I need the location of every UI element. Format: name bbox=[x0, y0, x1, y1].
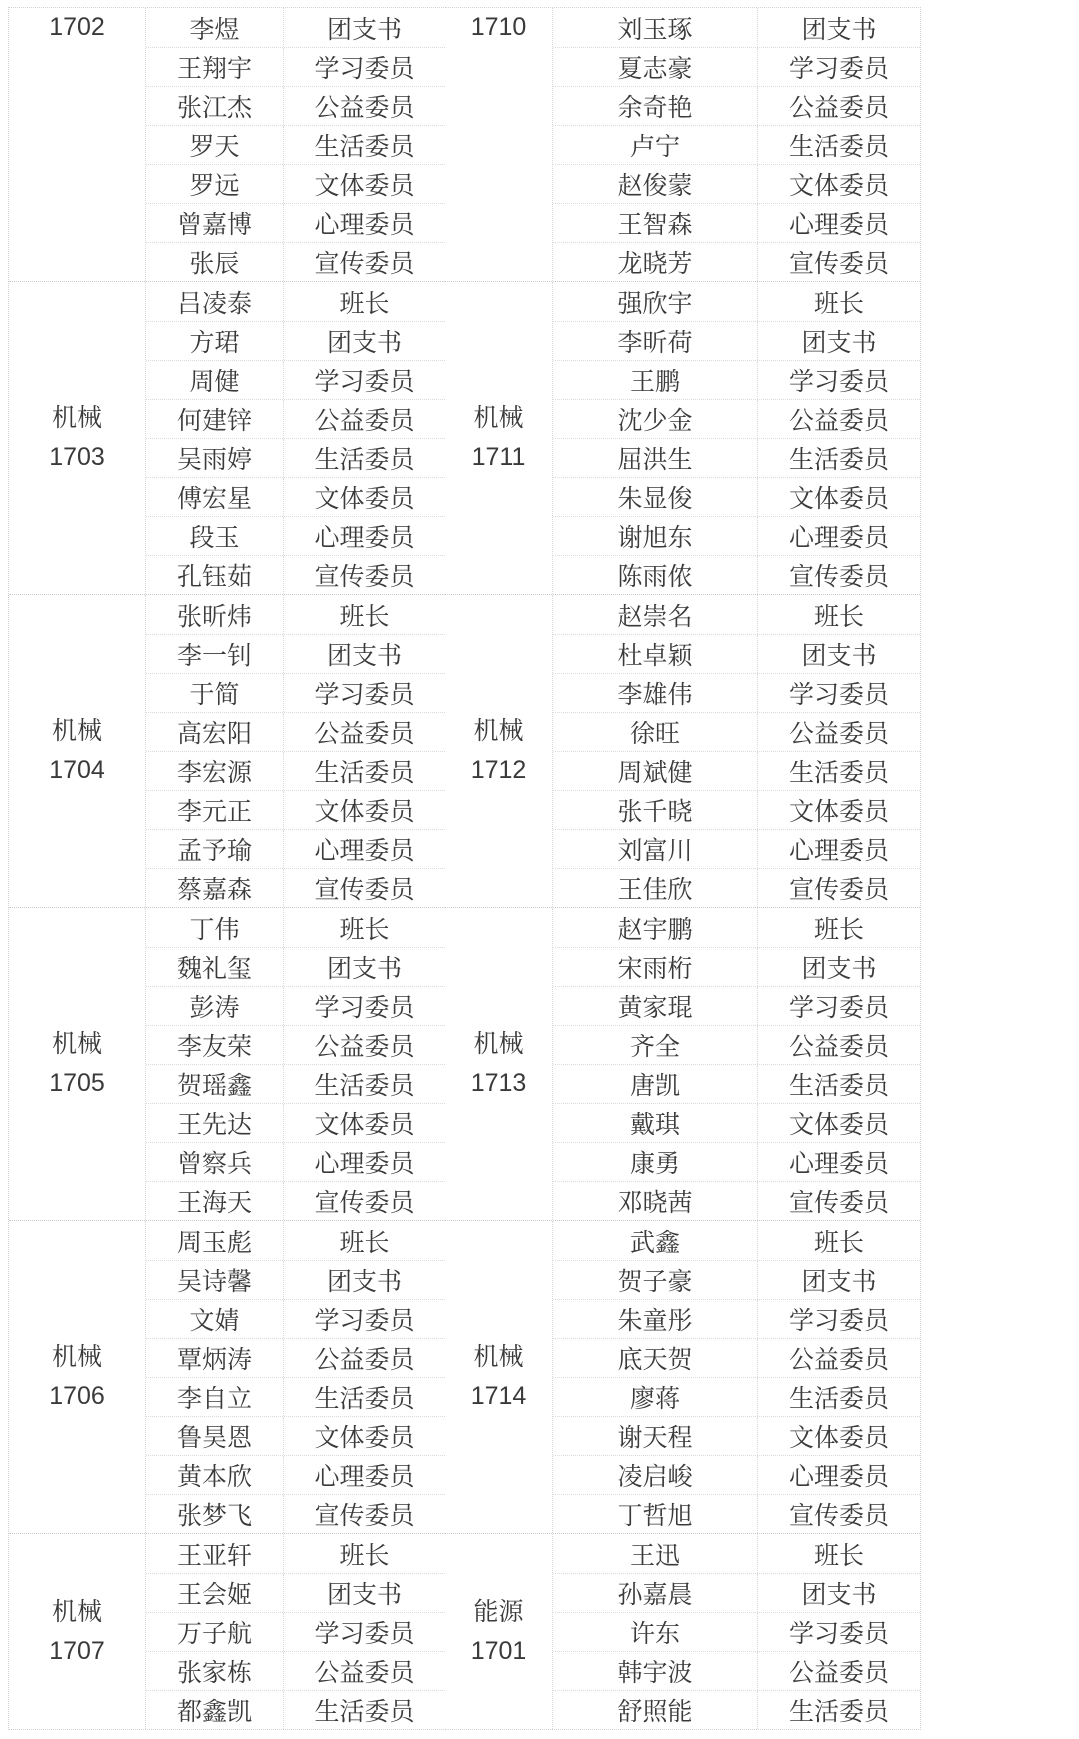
member-row: 谢旭东心理委员 bbox=[553, 516, 920, 555]
member-name-cell: 段玉 bbox=[146, 517, 284, 555]
member-role-cell: 文体委员 bbox=[284, 1104, 445, 1142]
member-role-cell: 学习委员 bbox=[758, 48, 920, 86]
member-row: 贺瑶鑫生活委员 bbox=[146, 1064, 445, 1103]
member-row: 罗远文体委员 bbox=[146, 164, 445, 203]
member-role-cell: 团支书 bbox=[758, 948, 920, 986]
member-name-cell: 张辰 bbox=[146, 243, 284, 281]
member-role-cell: 学习委员 bbox=[284, 361, 445, 399]
member-row: 段玉心理委员 bbox=[146, 516, 445, 555]
member-role-cell: 公益委员 bbox=[284, 713, 445, 751]
member-row: 廖蒋生活委员 bbox=[553, 1377, 920, 1416]
member-role-cell: 学习委员 bbox=[758, 1613, 920, 1651]
member-role-cell: 公益委员 bbox=[284, 400, 445, 438]
member-row: 张昕炜班长 bbox=[146, 595, 445, 634]
member-role-cell: 班长 bbox=[758, 1534, 920, 1573]
member-row: 卢宁生活委员 bbox=[553, 125, 920, 164]
member-row: 何建锌公益委员 bbox=[146, 399, 445, 438]
class-group-1710: 1710刘玉琢团支书夏志豪学习委员余奇艳公益委员卢宁生活委员赵俊蒙文体委员王智森… bbox=[445, 8, 920, 282]
member-name-cell: 吴诗馨 bbox=[146, 1261, 284, 1299]
member-name-cell: 唐凯 bbox=[553, 1065, 758, 1103]
member-role-cell: 宣传委员 bbox=[284, 1495, 445, 1533]
member-role-cell: 学习委员 bbox=[284, 674, 445, 712]
class-label-line: 1714 bbox=[471, 1377, 527, 1416]
member-name-cell: 陈雨侬 bbox=[553, 556, 758, 594]
class-label-line: 1706 bbox=[49, 1377, 105, 1416]
member-row: 李一钊团支书 bbox=[146, 634, 445, 673]
class-label-line: 1703 bbox=[49, 438, 105, 477]
member-role-cell: 心理委员 bbox=[758, 517, 920, 555]
member-role-cell: 文体委员 bbox=[284, 478, 445, 516]
member-role-cell: 心理委员 bbox=[284, 204, 445, 242]
member-role-cell: 班长 bbox=[758, 595, 920, 634]
member-row: 底天贺公益委员 bbox=[553, 1338, 920, 1377]
member-role-cell: 心理委员 bbox=[758, 830, 920, 868]
member-row: 黄家琨学习委员 bbox=[553, 986, 920, 1025]
member-row: 周斌健生活委员 bbox=[553, 751, 920, 790]
member-name-cell: 何建锌 bbox=[146, 400, 284, 438]
member-name-cell: 贺子豪 bbox=[553, 1261, 758, 1299]
class-group-1701: 能源1701王迅班长孙嘉晨团支书许东学习委员韩宇波公益委员舒照能生活委员 bbox=[445, 1534, 920, 1729]
member-role-cell: 生活委员 bbox=[758, 439, 920, 477]
class-id-cell: 机械1706 bbox=[9, 1221, 146, 1533]
member-name-cell: 底天贺 bbox=[553, 1339, 758, 1377]
member-row: 王智森心理委员 bbox=[553, 203, 920, 242]
member-role-cell: 班长 bbox=[284, 1221, 445, 1260]
class-label-line: 1704 bbox=[49, 751, 105, 790]
class-label-line: 1702 bbox=[49, 8, 105, 47]
member-role-cell: 宣传委员 bbox=[284, 243, 445, 281]
class-id-cell: 机械1704 bbox=[9, 595, 146, 907]
member-name-cell: 赵宇鹏 bbox=[553, 908, 758, 947]
member-name-cell: 李友荣 bbox=[146, 1026, 284, 1064]
member-role-cell: 公益委员 bbox=[758, 1339, 920, 1377]
member-role-cell: 公益委员 bbox=[284, 1652, 445, 1690]
member-row: 赵崇名班长 bbox=[553, 595, 920, 634]
class-label-line: 1712 bbox=[471, 751, 527, 790]
member-name-cell: 戴琪 bbox=[553, 1104, 758, 1142]
class-id-cell: 机械1714 bbox=[445, 1221, 553, 1533]
member-row: 宋雨桁团支书 bbox=[553, 947, 920, 986]
member-name-cell: 万子航 bbox=[146, 1613, 284, 1651]
member-role-cell: 团支书 bbox=[284, 635, 445, 673]
member-row: 李昕荷团支书 bbox=[553, 321, 920, 360]
class-label-line: 机械 bbox=[473, 399, 523, 438]
member-role-cell: 学习委员 bbox=[284, 987, 445, 1025]
member-name-cell: 李元正 bbox=[146, 791, 284, 829]
member-row: 傅宏星文体委员 bbox=[146, 477, 445, 516]
member-name-cell: 齐全 bbox=[553, 1026, 758, 1064]
member-row: 武鑫班长 bbox=[553, 1221, 920, 1260]
member-role-cell: 心理委员 bbox=[284, 1456, 445, 1494]
member-name-cell: 王智森 bbox=[553, 204, 758, 242]
member-row: 都鑫凯生活委员 bbox=[146, 1690, 445, 1729]
member-role-cell: 文体委员 bbox=[758, 791, 920, 829]
member-row: 夏志豪学习委员 bbox=[553, 47, 920, 86]
member-row: 王亚轩班长 bbox=[146, 1534, 445, 1573]
member-row: 李雄伟学习委员 bbox=[553, 673, 920, 712]
member-row: 孙嘉晨团支书 bbox=[553, 1573, 920, 1612]
member-role-cell: 宣传委员 bbox=[758, 556, 920, 594]
member-row: 张千晓文体委员 bbox=[553, 790, 920, 829]
member-row: 王先达文体委员 bbox=[146, 1103, 445, 1142]
member-name-cell: 张梦飞 bbox=[146, 1495, 284, 1533]
member-role-cell: 心理委员 bbox=[758, 1456, 920, 1494]
member-row: 王海天宣传委员 bbox=[146, 1181, 445, 1220]
member-rows: 张昕炜班长李一钊团支书于简学习委员高宏阳公益委员李宏源生活委员李元正文体委员孟予… bbox=[146, 595, 445, 907]
member-name-cell: 李雄伟 bbox=[553, 674, 758, 712]
member-name-cell: 朱显俊 bbox=[553, 478, 758, 516]
class-id-cell: 机械1705 bbox=[9, 908, 146, 1220]
member-row: 周健学习委员 bbox=[146, 360, 445, 399]
member-name-cell: 丁伟 bbox=[146, 908, 284, 947]
member-role-cell: 学习委员 bbox=[284, 1300, 445, 1338]
member-role-cell: 学习委员 bbox=[284, 48, 445, 86]
member-row: 邓晓茜宣传委员 bbox=[553, 1181, 920, 1220]
class-id-cell: 机械1707 bbox=[9, 1534, 146, 1729]
member-role-cell: 生活委员 bbox=[284, 1065, 445, 1103]
member-name-cell: 黄家琨 bbox=[553, 987, 758, 1025]
member-row: 丁哲旭宣传委员 bbox=[553, 1494, 920, 1533]
member-rows: 刘玉琢团支书夏志豪学习委员余奇艳公益委员卢宁生活委员赵俊蒙文体委员王智森心理委员… bbox=[553, 8, 920, 281]
member-role-cell: 文体委员 bbox=[758, 478, 920, 516]
member-role-cell: 班长 bbox=[284, 595, 445, 634]
member-name-cell: 吕凌泰 bbox=[146, 282, 284, 321]
class-group-1714: 机械1714武鑫班长贺子豪团支书朱童彤学习委员底天贺公益委员廖蒋生活委员谢天程文… bbox=[445, 1221, 920, 1534]
member-row: 陈雨侬宣传委员 bbox=[553, 555, 920, 594]
member-row: 吴雨婷生活委员 bbox=[146, 438, 445, 477]
class-id-cell: 机械1703 bbox=[9, 282, 146, 594]
member-row: 张江杰公益委员 bbox=[146, 86, 445, 125]
class-label-line: 机械 bbox=[52, 712, 102, 751]
member-role-cell: 生活委员 bbox=[758, 1065, 920, 1103]
member-name-cell: 王鹏 bbox=[553, 361, 758, 399]
class-group-1704: 机械1704张昕炜班长李一钊团支书于简学习委员高宏阳公益委员李宏源生活委员李元正… bbox=[9, 595, 445, 908]
member-rows: 吕凌泰班长方珺团支书周健学习委员何建锌公益委员吴雨婷生活委员傅宏星文体委员段玉心… bbox=[146, 282, 445, 594]
class-group-1707: 机械1707王亚轩班长王会姬团支书万子航学习委员张家栋公益委员都鑫凯生活委员 bbox=[9, 1534, 445, 1729]
member-name-cell: 凌启峻 bbox=[553, 1456, 758, 1494]
member-row: 曾嘉博心理委员 bbox=[146, 203, 445, 242]
member-name-cell: 余奇艳 bbox=[553, 87, 758, 125]
member-row: 谢天程文体委员 bbox=[553, 1416, 920, 1455]
member-role-cell: 公益委员 bbox=[758, 87, 920, 125]
member-row: 李煜团支书 bbox=[146, 8, 445, 47]
member-name-cell: 李宏源 bbox=[146, 752, 284, 790]
member-name-cell: 蔡嘉森 bbox=[146, 869, 284, 907]
member-role-cell: 班长 bbox=[758, 1221, 920, 1260]
member-row: 彭涛学习委员 bbox=[146, 986, 445, 1025]
member-role-cell: 团支书 bbox=[284, 1261, 445, 1299]
member-row: 杜卓颖团支书 bbox=[553, 634, 920, 673]
member-name-cell: 李一钊 bbox=[146, 635, 284, 673]
member-role-cell: 心理委员 bbox=[284, 1143, 445, 1181]
member-row: 强欣宇班长 bbox=[553, 282, 920, 321]
member-role-cell: 文体委员 bbox=[284, 1417, 445, 1455]
class-id-cell: 1710 bbox=[445, 8, 553, 281]
member-name-cell: 张千晓 bbox=[553, 791, 758, 829]
member-row: 王佳欣宣传委员 bbox=[553, 868, 920, 907]
member-role-cell: 文体委员 bbox=[758, 165, 920, 203]
member-row: 高宏阳公益委员 bbox=[146, 712, 445, 751]
member-rows: 周玉彪班长吴诗馨团支书文婧学习委员覃炳涛公益委员李自立生活委员鲁昊恩文体委员黄本… bbox=[146, 1221, 445, 1533]
member-name-cell: 张昕炜 bbox=[146, 595, 284, 634]
class-label-line: 机械 bbox=[473, 712, 523, 751]
member-row: 李宏源生活委员 bbox=[146, 751, 445, 790]
member-row: 许东学习委员 bbox=[553, 1612, 920, 1651]
member-role-cell: 班长 bbox=[284, 282, 445, 321]
class-label-line: 1710 bbox=[471, 8, 527, 47]
class-id-cell: 1702 bbox=[9, 8, 146, 281]
member-row: 沈少金公益委员 bbox=[553, 399, 920, 438]
member-role-cell: 团支书 bbox=[758, 322, 920, 360]
member-rows: 强欣宇班长李昕荷团支书王鹏学习委员沈少金公益委员屈洪生生活委员朱显俊文体委员谢旭… bbox=[553, 282, 920, 594]
member-role-cell: 心理委员 bbox=[758, 1143, 920, 1181]
class-id-cell: 机械1713 bbox=[445, 908, 553, 1220]
member-role-cell: 宣传委员 bbox=[758, 243, 920, 281]
member-name-cell: 罗天 bbox=[146, 126, 284, 164]
member-role-cell: 公益委员 bbox=[758, 713, 920, 751]
member-name-cell: 刘富川 bbox=[553, 830, 758, 868]
member-row: 于简学习委员 bbox=[146, 673, 445, 712]
member-row: 孟予瑜心理委员 bbox=[146, 829, 445, 868]
member-row: 张辰宣传委员 bbox=[146, 242, 445, 281]
member-row: 张梦飞宣传委员 bbox=[146, 1494, 445, 1533]
member-role-cell: 心理委员 bbox=[284, 830, 445, 868]
member-name-cell: 傅宏星 bbox=[146, 478, 284, 516]
class-label-line: 能源 bbox=[473, 1593, 523, 1632]
member-name-cell: 周玉彪 bbox=[146, 1221, 284, 1260]
class-group-1705: 机械1705丁伟班长魏礼玺团支书彭涛学习委员李友荣公益委员贺瑶鑫生活委员王先达文… bbox=[9, 908, 445, 1221]
member-role-cell: 学习委员 bbox=[284, 1613, 445, 1651]
member-row: 凌启峻心理委员 bbox=[553, 1455, 920, 1494]
member-name-cell: 曾察兵 bbox=[146, 1143, 284, 1181]
roster-table-left: 1702李煜团支书王翔宇学习委员张江杰公益委员罗天生活委员罗远文体委员曾嘉博心理… bbox=[8, 7, 446, 1730]
member-role-cell: 学习委员 bbox=[758, 987, 920, 1025]
member-name-cell: 康勇 bbox=[553, 1143, 758, 1181]
member-row: 李元正文体委员 bbox=[146, 790, 445, 829]
member-name-cell: 覃炳涛 bbox=[146, 1339, 284, 1377]
member-role-cell: 宣传委员 bbox=[284, 869, 445, 907]
member-row: 丁伟班长 bbox=[146, 908, 445, 947]
member-name-cell: 武鑫 bbox=[553, 1221, 758, 1260]
member-name-cell: 吴雨婷 bbox=[146, 439, 284, 477]
member-name-cell: 张家栋 bbox=[146, 1652, 284, 1690]
member-name-cell: 沈少金 bbox=[553, 400, 758, 438]
roster-table-right: 1710刘玉琢团支书夏志豪学习委员余奇艳公益委员卢宁生活委员赵俊蒙文体委员王智森… bbox=[445, 7, 921, 1730]
member-name-cell: 夏志豪 bbox=[553, 48, 758, 86]
member-role-cell: 团支书 bbox=[758, 635, 920, 673]
member-role-cell: 宣传委员 bbox=[758, 1495, 920, 1533]
member-row: 李自立生活委员 bbox=[146, 1377, 445, 1416]
member-name-cell: 王会姬 bbox=[146, 1574, 284, 1612]
member-role-cell: 公益委员 bbox=[284, 1339, 445, 1377]
member-role-cell: 公益委员 bbox=[758, 400, 920, 438]
member-name-cell: 文婧 bbox=[146, 1300, 284, 1338]
class-group-1703: 机械1703吕凌泰班长方珺团支书周健学习委员何建锌公益委员吴雨婷生活委员傅宏星文… bbox=[9, 282, 445, 595]
member-name-cell: 廖蒋 bbox=[553, 1378, 758, 1416]
member-name-cell: 贺瑶鑫 bbox=[146, 1065, 284, 1103]
class-label-line: 1713 bbox=[471, 1064, 527, 1103]
member-name-cell: 孙嘉晨 bbox=[553, 1574, 758, 1612]
member-rows: 赵崇名班长杜卓颖团支书李雄伟学习委员徐旺公益委员周斌健生活委员张千晓文体委员刘富… bbox=[553, 595, 920, 907]
class-label-line: 1705 bbox=[49, 1064, 105, 1103]
member-name-cell: 罗远 bbox=[146, 165, 284, 203]
member-name-cell: 都鑫凯 bbox=[146, 1691, 284, 1729]
member-name-cell: 强欣宇 bbox=[553, 282, 758, 321]
member-name-cell: 卢宁 bbox=[553, 126, 758, 164]
member-name-cell: 李自立 bbox=[146, 1378, 284, 1416]
member-role-cell: 心理委员 bbox=[284, 517, 445, 555]
member-role-cell: 心理委员 bbox=[758, 204, 920, 242]
member-name-cell: 舒照能 bbox=[553, 1691, 758, 1729]
member-name-cell: 王亚轩 bbox=[146, 1534, 284, 1573]
member-name-cell: 王迅 bbox=[553, 1534, 758, 1573]
member-row: 蔡嘉森宣传委员 bbox=[146, 868, 445, 907]
member-row: 黄本欣心理委员 bbox=[146, 1455, 445, 1494]
class-label-line: 1701 bbox=[471, 1632, 527, 1671]
member-role-cell: 团支书 bbox=[284, 8, 445, 47]
member-row: 龙晓芳宣传委员 bbox=[553, 242, 920, 281]
member-row: 周玉彪班长 bbox=[146, 1221, 445, 1260]
member-row: 赵宇鹏班长 bbox=[553, 908, 920, 947]
member-row: 赵俊蒙文体委员 bbox=[553, 164, 920, 203]
member-row: 方珺团支书 bbox=[146, 321, 445, 360]
member-name-cell: 刘玉琢 bbox=[553, 8, 758, 47]
member-role-cell: 学习委员 bbox=[758, 674, 920, 712]
member-role-cell: 宣传委员 bbox=[284, 556, 445, 594]
member-row: 刘玉琢团支书 bbox=[553, 8, 920, 47]
member-rows: 王迅班长孙嘉晨团支书许东学习委员韩宇波公益委员舒照能生活委员 bbox=[553, 1534, 920, 1729]
class-label-line: 机械 bbox=[473, 1025, 523, 1064]
member-rows: 丁伟班长魏礼玺团支书彭涛学习委员李友荣公益委员贺瑶鑫生活委员王先达文体委员曾察兵… bbox=[146, 908, 445, 1220]
member-name-cell: 李煜 bbox=[146, 8, 284, 47]
class-group-1702: 1702李煜团支书王翔宇学习委员张江杰公益委员罗天生活委员罗远文体委员曾嘉博心理… bbox=[9, 8, 445, 282]
member-name-cell: 丁哲旭 bbox=[553, 1495, 758, 1533]
member-row: 孔钰茹宣传委员 bbox=[146, 555, 445, 594]
member-name-cell: 周健 bbox=[146, 361, 284, 399]
member-role-cell: 生活委员 bbox=[758, 1691, 920, 1729]
member-role-cell: 生活委员 bbox=[758, 1378, 920, 1416]
member-row: 齐全公益委员 bbox=[553, 1025, 920, 1064]
member-row: 贺子豪团支书 bbox=[553, 1260, 920, 1299]
member-name-cell: 孔钰茹 bbox=[146, 556, 284, 594]
member-name-cell: 高宏阳 bbox=[146, 713, 284, 751]
member-role-cell: 生活委员 bbox=[284, 439, 445, 477]
member-name-cell: 魏礼玺 bbox=[146, 948, 284, 986]
member-role-cell: 公益委员 bbox=[758, 1652, 920, 1690]
member-row: 吕凌泰班长 bbox=[146, 282, 445, 321]
member-name-cell: 王海天 bbox=[146, 1182, 284, 1220]
member-row: 王翔宇学习委员 bbox=[146, 47, 445, 86]
member-name-cell: 屈洪生 bbox=[553, 439, 758, 477]
member-name-cell: 许东 bbox=[553, 1613, 758, 1651]
member-row: 屈洪生生活委员 bbox=[553, 438, 920, 477]
member-name-cell: 张江杰 bbox=[146, 87, 284, 125]
member-row: 唐凯生活委员 bbox=[553, 1064, 920, 1103]
member-name-cell: 周斌健 bbox=[553, 752, 758, 790]
member-name-cell: 谢天程 bbox=[553, 1417, 758, 1455]
member-row: 刘富川心理委员 bbox=[553, 829, 920, 868]
member-row: 李友荣公益委员 bbox=[146, 1025, 445, 1064]
member-role-cell: 宣传委员 bbox=[284, 1182, 445, 1220]
class-label-line: 1711 bbox=[472, 438, 526, 477]
member-name-cell: 王佳欣 bbox=[553, 869, 758, 907]
member-role-cell: 学习委员 bbox=[758, 1300, 920, 1338]
member-role-cell: 团支书 bbox=[284, 948, 445, 986]
member-name-cell: 王先达 bbox=[146, 1104, 284, 1142]
member-row: 戴琪文体委员 bbox=[553, 1103, 920, 1142]
member-rows: 武鑫班长贺子豪团支书朱童彤学习委员底天贺公益委员廖蒋生活委员谢天程文体委员凌启峻… bbox=[553, 1221, 920, 1533]
member-row: 张家栋公益委员 bbox=[146, 1651, 445, 1690]
member-rows: 王亚轩班长王会姬团支书万子航学习委员张家栋公益委员都鑫凯生活委员 bbox=[146, 1534, 445, 1729]
member-role-cell: 生活委员 bbox=[284, 1691, 445, 1729]
member-role-cell: 公益委员 bbox=[284, 1026, 445, 1064]
member-row: 余奇艳公益委员 bbox=[553, 86, 920, 125]
member-name-cell: 方珺 bbox=[146, 322, 284, 360]
member-role-cell: 公益委员 bbox=[758, 1026, 920, 1064]
member-name-cell: 彭涛 bbox=[146, 987, 284, 1025]
class-label-line: 机械 bbox=[52, 399, 102, 438]
member-row: 罗天生活委员 bbox=[146, 125, 445, 164]
member-name-cell: 徐旺 bbox=[553, 713, 758, 751]
member-rows: 赵宇鹏班长宋雨桁团支书黄家琨学习委员齐全公益委员唐凯生活委员戴琪文体委员康勇心理… bbox=[553, 908, 920, 1220]
member-role-cell: 文体委员 bbox=[758, 1417, 920, 1455]
member-role-cell: 宣传委员 bbox=[758, 1182, 920, 1220]
member-name-cell: 李昕荷 bbox=[553, 322, 758, 360]
member-role-cell: 团支书 bbox=[284, 1574, 445, 1612]
member-role-cell: 文体委员 bbox=[758, 1104, 920, 1142]
member-row: 吴诗馨团支书 bbox=[146, 1260, 445, 1299]
member-role-cell: 文体委员 bbox=[284, 791, 445, 829]
member-name-cell: 曾嘉博 bbox=[146, 204, 284, 242]
member-row: 王会姬团支书 bbox=[146, 1573, 445, 1612]
class-label-line: 机械 bbox=[52, 1593, 102, 1632]
member-name-cell: 于简 bbox=[146, 674, 284, 712]
member-row: 覃炳涛公益委员 bbox=[146, 1338, 445, 1377]
member-rows: 李煜团支书王翔宇学习委员张江杰公益委员罗天生活委员罗远文体委员曾嘉博心理委员张辰… bbox=[146, 8, 445, 281]
member-role-cell: 学习委员 bbox=[758, 361, 920, 399]
member-row: 朱显俊文体委员 bbox=[553, 477, 920, 516]
class-id-cell: 能源1701 bbox=[445, 1534, 553, 1729]
class-label-line: 机械 bbox=[52, 1338, 102, 1377]
member-name-cell: 杜卓颖 bbox=[553, 635, 758, 673]
member-role-cell: 团支书 bbox=[284, 322, 445, 360]
member-role-cell: 团支书 bbox=[758, 8, 920, 47]
member-name-cell: 龙晓芳 bbox=[553, 243, 758, 281]
member-role-cell: 团支书 bbox=[758, 1261, 920, 1299]
member-role-cell: 班长 bbox=[758, 908, 920, 947]
member-row: 万子航学习委员 bbox=[146, 1612, 445, 1651]
member-name-cell: 谢旭东 bbox=[553, 517, 758, 555]
member-name-cell: 王翔宇 bbox=[146, 48, 284, 86]
member-row: 徐旺公益委员 bbox=[553, 712, 920, 751]
member-name-cell: 孟予瑜 bbox=[146, 830, 284, 868]
member-role-cell: 宣传委员 bbox=[758, 869, 920, 907]
member-role-cell: 公益委员 bbox=[284, 87, 445, 125]
member-name-cell: 宋雨桁 bbox=[553, 948, 758, 986]
class-label-line: 机械 bbox=[52, 1025, 102, 1064]
member-row: 曾察兵心理委员 bbox=[146, 1142, 445, 1181]
member-role-cell: 生活委员 bbox=[284, 126, 445, 164]
member-name-cell: 韩宇波 bbox=[553, 1652, 758, 1690]
member-role-cell: 班长 bbox=[284, 908, 445, 947]
member-name-cell: 朱童彤 bbox=[553, 1300, 758, 1338]
member-row: 鲁昊恩文体委员 bbox=[146, 1416, 445, 1455]
member-role-cell: 生活委员 bbox=[758, 126, 920, 164]
member-row: 魏礼玺团支书 bbox=[146, 947, 445, 986]
member-row: 韩宇波公益委员 bbox=[553, 1651, 920, 1690]
member-name-cell: 鲁昊恩 bbox=[146, 1417, 284, 1455]
member-role-cell: 生活委员 bbox=[284, 1378, 445, 1416]
